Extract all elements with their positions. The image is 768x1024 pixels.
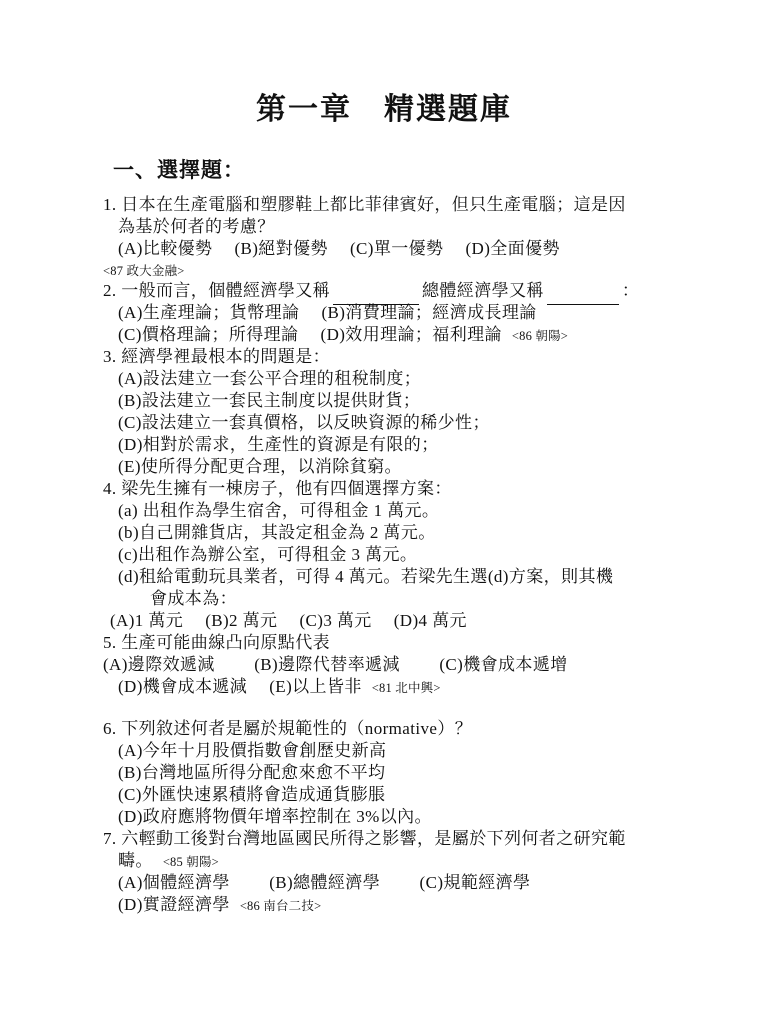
question-3-option-d: (D)相對於需求，生產性的資源是有限的；: [103, 434, 708, 456]
q2-fill-blank-2: [547, 291, 619, 305]
q2-fill-blank-1: [333, 291, 419, 305]
question-4-stem: 4. 梁先生擁有一棟房子，他有四個選擇方案：: [103, 478, 708, 500]
q5-options-de-text: (D)機會成本遞減 (E)以上皆非: [118, 677, 362, 696]
section-heading: 一、選擇題：: [113, 154, 768, 184]
question-4-plan-a: (a) 出租作為學生宿舍，可得租金 1 萬元。: [103, 500, 708, 522]
question-7-source-2: <86 南台二技>: [240, 899, 322, 913]
question-5-options-abc: (A)邊際效遞減 (B)邊際代替率遞減 (C)機會成本遞增: [103, 654, 708, 676]
question-3-option-b: (B)設法建立一套民主制度以提供財貨；: [103, 390, 708, 412]
q2-stem-part2: 總體經濟學又稱: [422, 281, 544, 300]
question-2-options-cd: (C)價格理論；所得理論 (D)效用理論；福利理論<86 朝陽>: [103, 324, 708, 346]
question-1-source: <87 政大金融>: [103, 260, 708, 280]
question-5-stem: 5. 生產可能曲線凸向原點代表: [103, 632, 708, 654]
question-7-options-abc: (A)個體經濟學 (B)總體經濟學 (C)規範經濟學: [103, 872, 708, 894]
question-4-plan-d: (d)租給電動玩具業者，可得 4 萬元。若梁先生選(d)方案，則其機: [103, 566, 708, 588]
question-7: 7. 六輕動工後對台灣地區國民所得之影響，是屬於下列何者之研究範 疇。<85 朝…: [103, 828, 708, 916]
question-2-source: <86 朝陽>: [512, 329, 568, 343]
question-2: 2. 一般而言，個體經濟學又稱總體經濟學又稱： (A)生產理論；貨幣理論 (B)…: [103, 280, 708, 346]
question-1-options: (A)比較優勢 (B)絕對優勢 (C)單一優勢 (D)全面優勢: [103, 238, 708, 260]
page-title: 第一章 精選題庫: [0, 0, 768, 130]
question-5-options-de: (D)機會成本遞減 (E)以上皆非<81 北中興>: [103, 676, 708, 698]
question-5-source: <81 北中興>: [372, 681, 441, 695]
question-1-stem-line-1: 1. 日本在生產電腦和塑膠鞋上都比菲律賓好，但只生產電腦；這是因: [103, 194, 708, 216]
question-5: 5. 生產可能曲線凸向原點代表 (A)邊際效遞減 (B)邊際代替率遞減 (C)機…: [103, 632, 708, 698]
question-6-option-c: (C)外匯快速累積將會造成通貨膨脹: [103, 784, 708, 806]
question-6-option-a: (A)今年十月股價指數會創歷史新高: [103, 740, 708, 762]
q2-options-cd-text: (C)價格理論；所得理論 (D)效用理論；福利理論: [118, 325, 502, 344]
question-3-option-c: (C)設法建立一套真價格，以反映資源的稀少性；: [103, 412, 708, 434]
question-3-stem: 3. 經濟學裡最根本的問題是：: [103, 346, 708, 368]
q7-option-d-text: (D)實證經濟學: [118, 895, 230, 914]
question-4-plan-c: (c)出租作為辦公室，可得租金 3 萬元。: [103, 544, 708, 566]
question-4-plan-b: (b)自己開雜貨店，其設定租金為 2 萬元。: [103, 522, 708, 544]
document-page: 第一章 精選題庫 一、選擇題： 1. 日本在生產電腦和塑膠鞋上都比菲律賓好，但只…: [0, 0, 768, 1024]
q2-stem-colon: ：: [622, 281, 639, 300]
question-4-options: (A)1 萬元 (B)2 萬元 (C)3 萬元 (D)4 萬元: [103, 610, 708, 632]
question-3-option-a: (A)設法建立一套公平合理的租稅制度；: [103, 368, 708, 390]
question-2-stem: 2. 一般而言，個體經濟學又稱總體經濟學又稱：: [103, 280, 708, 302]
q2-stem-part1: 2. 一般而言，個體經濟學又稱: [103, 281, 330, 300]
question-4: 4. 梁先生擁有一棟房子，他有四個選擇方案： (a) 出租作為學生宿舍，可得租金…: [103, 478, 708, 632]
question-6: 6. 下列敘述何者是屬於規範性的（normative）？ (A)今年十月股價指數…: [103, 718, 708, 828]
question-7-stem-line-2: 疇。<85 朝陽>: [103, 850, 708, 872]
question-7-source-1: <85 朝陽>: [163, 855, 219, 869]
question-6-option-b: (B)台灣地區所得分配愈來愈不平均: [103, 762, 708, 784]
question-4-stem-cont: 會成本為：: [103, 588, 708, 610]
question-7-stem-line-1: 7. 六輕動工後對台灣地區國民所得之影響，是屬於下列何者之研究範: [103, 828, 708, 850]
question-6-stem: 6. 下列敘述何者是屬於規範性的（normative）？: [103, 718, 708, 740]
question-3-option-e: (E)使所得分配更合理，以消除貧窮。: [103, 456, 708, 478]
question-7-option-d: (D)實證經濟學<86 南台二技>: [103, 894, 708, 916]
question-1-stem-line-2: 為基於何者的考慮？: [103, 216, 708, 238]
question-1: 1. 日本在生產電腦和塑膠鞋上都比菲律賓好，但只生產電腦；這是因 為基於何者的考…: [103, 194, 708, 280]
question-2-options-ab: (A)生產理論；貨幣理論 (B)消費理論；經濟成長理論: [103, 302, 708, 324]
question-3: 3. 經濟學裡最根本的問題是： (A)設法建立一套公平合理的租稅制度； (B)設…: [103, 346, 708, 478]
question-list: 1. 日本在生產電腦和塑膠鞋上都比菲律賓好，但只生產電腦；這是因 為基於何者的考…: [103, 194, 708, 916]
question-6-option-d: (D)政府應將物價年增率控制在 3%以內。: [103, 806, 708, 828]
q7-stem-line-2-text: 疇。: [118, 851, 153, 870]
